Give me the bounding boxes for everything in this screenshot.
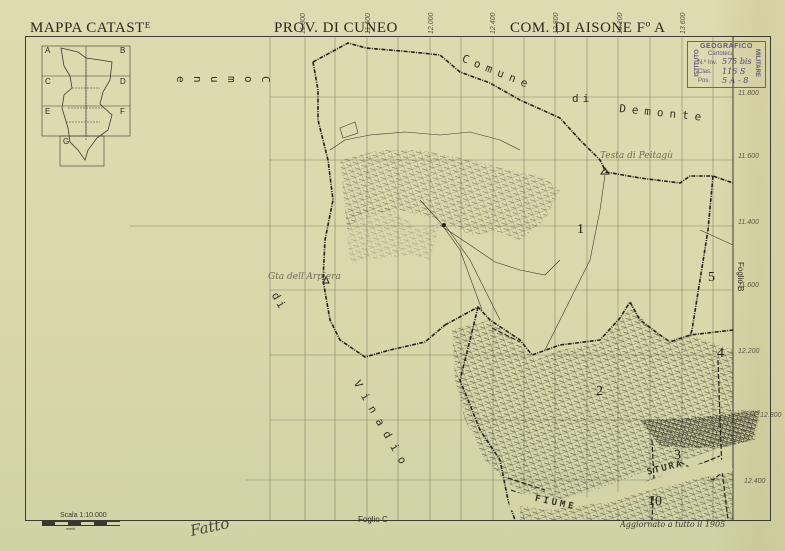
label-gta-arpiera: Gta dell'Arpiera [268, 272, 341, 282]
stamp-clas-label: Clas. [698, 69, 712, 75]
stamp-pos-label: Pos. [698, 78, 710, 84]
index-letter-b: B [120, 46, 125, 55]
label-comune-vinadio: Comune [172, 76, 274, 88]
index-letter-c: C [45, 77, 51, 86]
stamp-right-vertical: MILITARE [754, 49, 760, 77]
section-number-2: 2 [596, 384, 603, 400]
section-number-4: 4 [717, 346, 724, 362]
index-map [42, 46, 130, 166]
label-updated: Aggiornato a tutto il 1905 [620, 520, 725, 529]
label-di: di [572, 92, 593, 105]
index-letter-e: E [45, 107, 50, 116]
stamp-clas-value: 116 S [722, 67, 745, 76]
index-letter-d: D [120, 77, 126, 86]
stamp-inv-label: N.º Inv. [698, 60, 717, 66]
section-number-3: 3 [674, 448, 681, 464]
scale-label: Scala 1:10.000 [60, 512, 107, 519]
scale-unit: metri [66, 526, 75, 531]
index-letter-f: F [120, 107, 125, 116]
section-number-1: 1 [577, 222, 584, 238]
scale-bar-graphic [42, 521, 120, 526]
index-letter-g: G [63, 137, 69, 146]
stamp-inv-value: 575 bis [722, 57, 752, 66]
section-number-5: 5 [708, 270, 715, 286]
label-foglio-b: Foglio B [736, 262, 745, 291]
section-number-10: 10 [648, 494, 662, 510]
index-letter-a: A [45, 46, 50, 55]
archive-stamp: GEOGRAFICO Cartoteca ISTITUTO MILITARE N… [687, 41, 766, 88]
stamp-pos-value: 5 A - 8 [722, 76, 748, 85]
label-testa-peitagu: Testa di Peitagù [600, 151, 673, 161]
label-foglio-c: Foglio C [358, 515, 388, 524]
stamp-title: GEOGRAFICO [700, 43, 753, 50]
